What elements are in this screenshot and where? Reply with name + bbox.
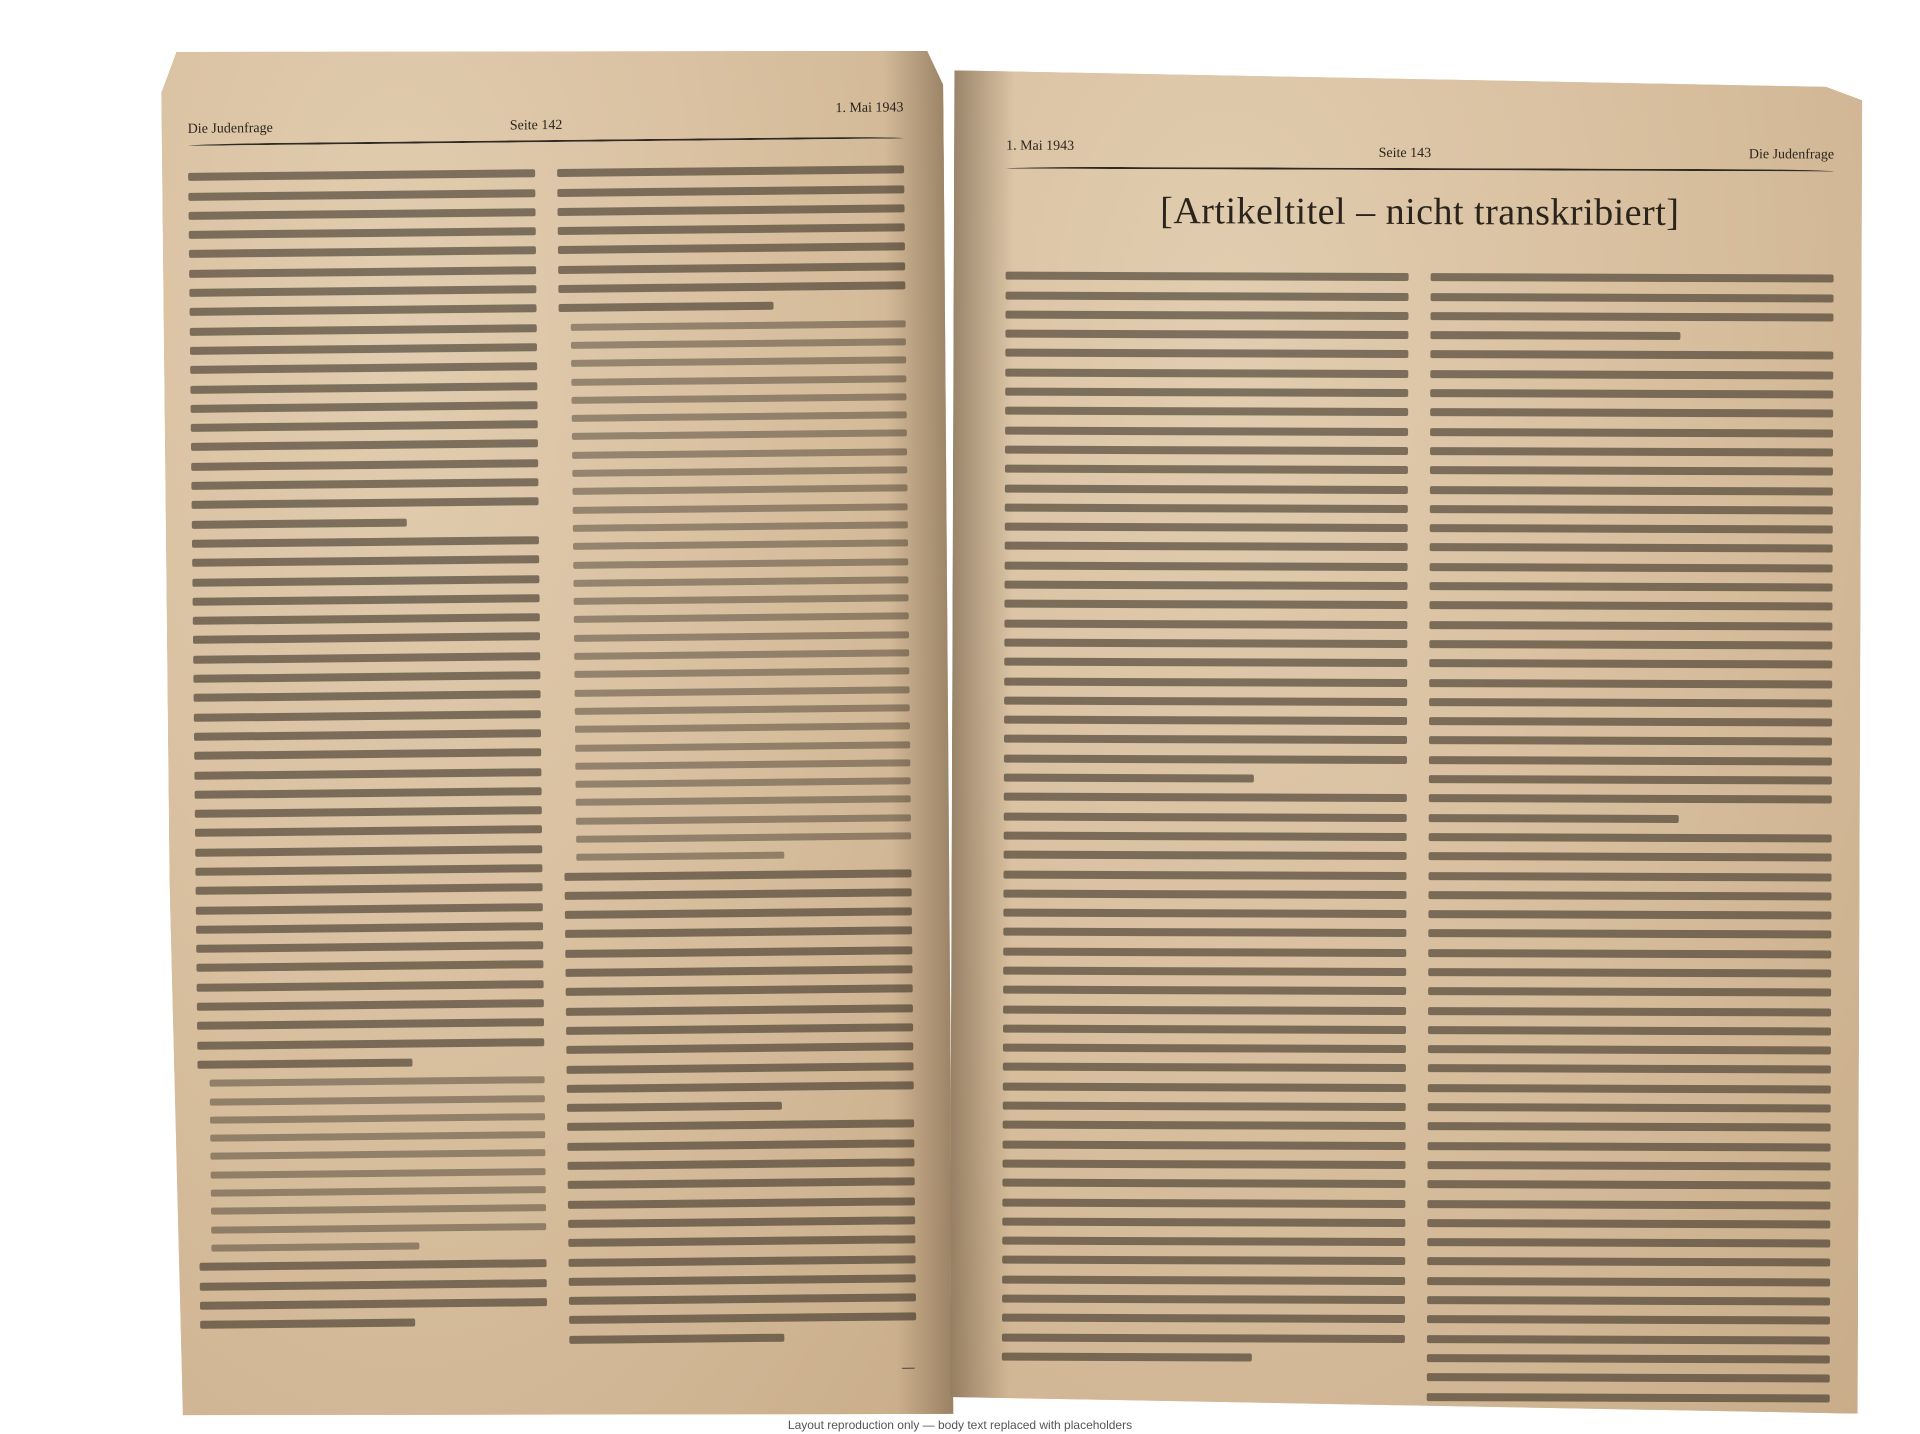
paragraph <box>1430 273 1833 340</box>
paragraph <box>192 536 545 1069</box>
column-2 <box>1427 262 1834 1383</box>
paragraph <box>567 1120 916 1344</box>
paragraph <box>1002 793 1407 1362</box>
column-1 <box>1002 261 1409 1382</box>
right-page: 1. Mai 1943 Seite 143 Die Judenfrage [Ar… <box>950 70 1863 1413</box>
paragraph <box>1429 351 1834 824</box>
running-header: Die Judenfrage Seite 142 1. Mai 1943 <box>187 102 903 149</box>
running-header: 1. Mai 1943 Seite 143 Die Judenfrage <box>1006 133 1834 176</box>
column-1 <box>188 158 548 1392</box>
text-columns: — <box>188 154 917 1391</box>
paragraph <box>564 869 913 1112</box>
article-title: [Artikeltitel – nicht transkribiert] <box>1006 189 1834 236</box>
quoted-block <box>571 320 912 861</box>
paragraph <box>200 1259 548 1329</box>
header-date: 1. Mai 1943 <box>835 100 903 117</box>
paragraph <box>557 166 905 313</box>
column-2: — <box>557 154 917 1388</box>
header-publication: Die Judenfrage <box>1749 147 1834 163</box>
paragraph <box>188 170 539 529</box>
paragraph <box>1004 272 1409 783</box>
header-page-number: Seite 142 <box>510 118 563 135</box>
text-columns <box>1002 261 1834 1384</box>
header-page-number: Seite 143 <box>1379 146 1432 162</box>
author-signature: — <box>570 1358 917 1381</box>
header-rule <box>188 136 904 145</box>
header-publication: Die Judenfrage <box>188 121 273 138</box>
header-date: 1. Mai 1943 <box>1006 139 1074 155</box>
quoted-block <box>210 1076 547 1251</box>
reproduction-notice: Layout reproduction only — body text rep… <box>788 1418 1132 1432</box>
header-rule <box>1006 167 1834 172</box>
paragraph <box>1427 833 1832 1421</box>
left-page: Die Judenfrage Seite 142 1. Mai 1943 — <box>161 44 957 1422</box>
